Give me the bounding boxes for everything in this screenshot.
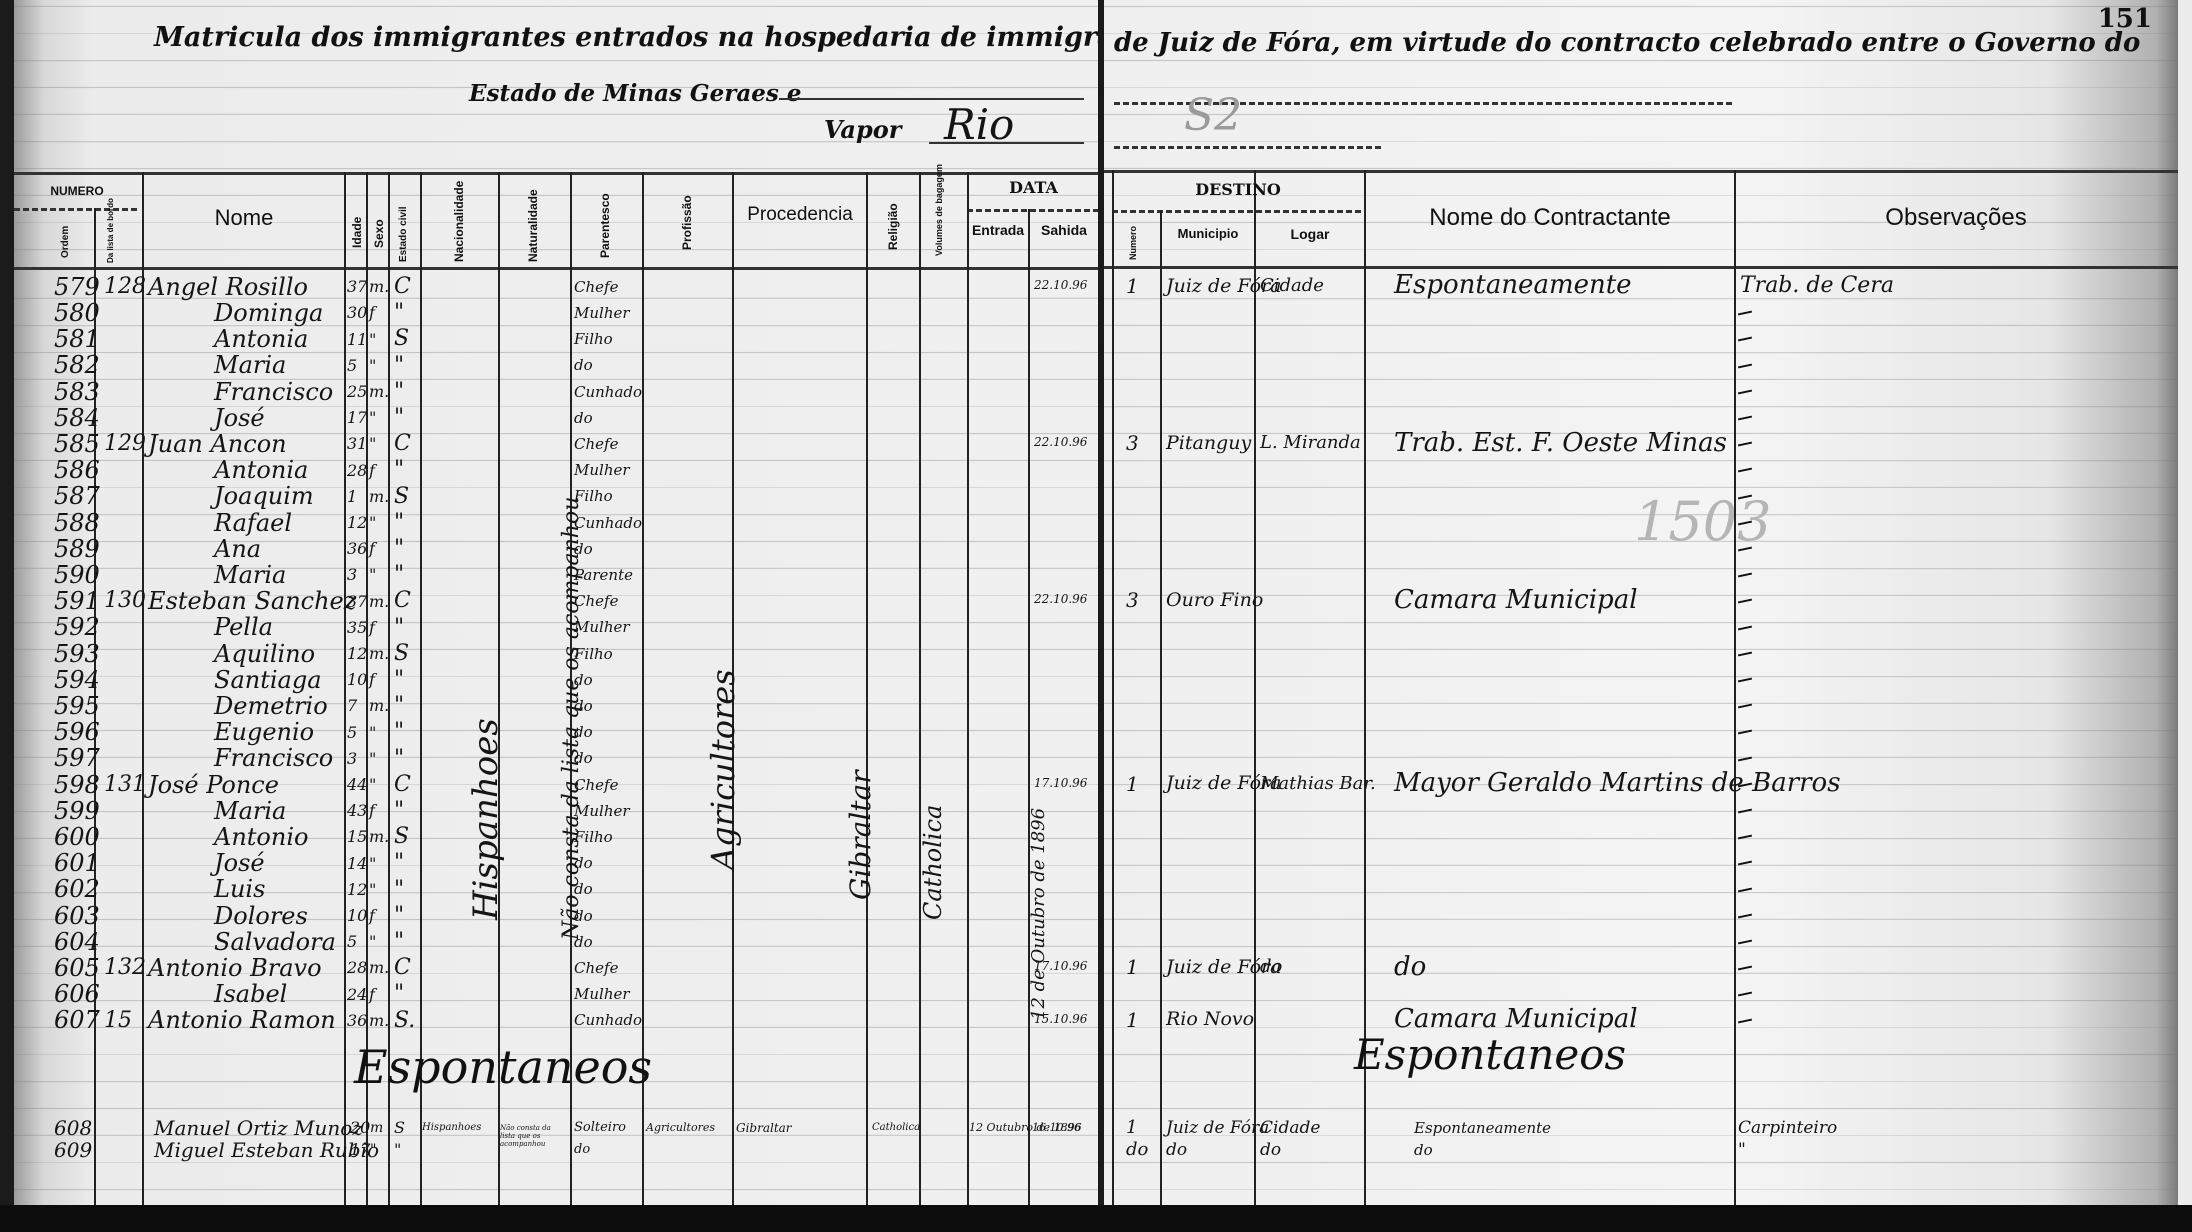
row-municipio: Ouro Fino <box>1166 589 1263 611</box>
row-idade: 25 <box>347 382 367 401</box>
row-ordem: 591 <box>54 587 100 615</box>
spontaneous-naturalidade: Não consta da lista que os acompanhou <box>500 1124 568 1148</box>
row-ordem: 603 <box>54 902 100 930</box>
header-profissao: Profissão <box>680 200 694 250</box>
row-idade: 30 <box>347 303 367 322</box>
header-religiao: Religião <box>886 200 900 250</box>
spontaneous-nacionalidade: Hispanhoes <box>422 1122 481 1133</box>
data-divider <box>967 209 1098 212</box>
row-idade: 17 <box>347 408 367 427</box>
row-nome: Dolores <box>214 902 308 930</box>
row-nome: Antonia <box>214 325 308 353</box>
row-logar: Cidade <box>1260 275 1324 296</box>
row-ordem: 581 <box>54 325 100 353</box>
header-data: DATA <box>969 178 1098 197</box>
row-idade: 37 <box>347 592 367 611</box>
col-line <box>1112 170 1114 1210</box>
row-idade: 43 <box>347 801 367 820</box>
row-nome: Joaquim <box>214 482 314 510</box>
row-estado-civil: " <box>394 300 404 325</box>
row-sexo: " <box>369 932 376 951</box>
row-estado-civil: " <box>394 536 404 561</box>
row-idade: 37 <box>347 277 367 296</box>
row-estado-civil: " <box>394 405 404 430</box>
row-idade: 24 <box>347 985 367 1004</box>
row-sexo: m. <box>369 592 389 611</box>
spontaneous-logar: Cidade <box>1260 1118 1320 1138</box>
row-ordem: 593 <box>54 640 100 668</box>
row-sexo: " <box>369 513 376 532</box>
row-idade: 36 <box>347 1011 367 1030</box>
row-ordem: 579 <box>54 273 100 301</box>
row-estado-civil: " <box>394 457 404 482</box>
row-estado-civil: " <box>394 379 404 404</box>
naturalidade-value: Não consta da lista que os acompanhou <box>559 400 584 940</box>
row-estado-civil: " <box>394 903 404 928</box>
spontaneous-observacoes: Carpinteiro <box>1738 1118 1837 1138</box>
row-ordem: 604 <box>54 928 100 956</box>
row-sahida: 22.10.96 <box>1034 592 1087 606</box>
header-logar: Logar <box>1256 226 1364 242</box>
blank-line <box>1114 146 1384 149</box>
row-sexo: m. <box>369 487 389 506</box>
row-idade: 3 <box>347 749 357 768</box>
row-lista-bordo: 131 <box>104 772 146 797</box>
row-municipio: Rio Novo <box>1166 1008 1254 1030</box>
header-top-rule <box>1104 170 2178 173</box>
row-nome: Aquilino <box>214 640 315 668</box>
row-sexo: " <box>369 565 376 584</box>
row-parentesco: Chefe <box>574 959 618 977</box>
header-contractante: Nome do Contractante <box>1366 204 1734 232</box>
row-idade: 28 <box>347 461 367 480</box>
spontaneous-nome: Manuel Ortiz Munoz <box>154 1116 363 1140</box>
row-ordem: 580 <box>54 299 100 327</box>
row-sexo: f <box>369 539 375 558</box>
col-line <box>866 172 868 1210</box>
row-idade: 28 <box>347 958 367 977</box>
row-estado-civil: " <box>394 693 404 718</box>
header-ordem: Ordem <box>60 222 71 258</box>
row-sahida: 22.10.96 <box>1034 435 1087 449</box>
row-sexo: m. <box>369 644 389 663</box>
spontaneous-nome: Miguel Esteban Rubio <box>154 1138 379 1162</box>
row-ordem: 588 <box>54 509 100 537</box>
spontaneous-profissao: Agricultores <box>646 1121 715 1134</box>
spontaneous-idade: 17 <box>350 1140 370 1159</box>
spontaneous-civil: S <box>394 1118 405 1137</box>
row-ordem: 592 <box>54 613 100 641</box>
row-nome: Antonia <box>214 456 308 484</box>
row-parentesco: Cunhado <box>574 1011 642 1029</box>
header-procedencia: Procedencia <box>734 204 866 226</box>
row-sexo: f <box>369 801 375 820</box>
header-parentesco: Parentesco <box>598 196 612 258</box>
row-ordem: 602 <box>54 875 100 903</box>
row-sexo: " <box>369 434 376 453</box>
spontaneous-numero: do <box>1126 1139 1148 1160</box>
row-ordem: 598 <box>54 771 100 799</box>
row-estado-civil: S <box>394 641 409 666</box>
header-municipio: Municipio <box>1162 226 1254 241</box>
profissao-value: Agricultores <box>704 630 742 870</box>
state-blank-line <box>779 98 1084 100</box>
header-naturalidade: Naturalidade <box>526 190 540 262</box>
entrada-value: 12 de Outubro de 1896 <box>1028 740 1049 1020</box>
row-idade: 12 <box>347 513 367 532</box>
header-destino-numero: Numero <box>1128 218 1138 260</box>
header-bottom-rule <box>14 267 1098 270</box>
row-idade: 10 <box>347 670 367 689</box>
row-destino-numero: 1 <box>1126 772 1139 796</box>
ledger-scan: Matricula dos immigrantes entrados na ho… <box>0 0 2192 1232</box>
header-sahida: Sahida <box>1030 222 1098 238</box>
row-nome: José <box>214 849 265 877</box>
row-nome: Rafael <box>214 509 292 537</box>
row-nome: Antonio <box>214 823 308 851</box>
row-parentesco: Chefe <box>574 278 618 296</box>
spontaneous-municipio: do <box>1166 1140 1187 1160</box>
col-line <box>142 172 144 1210</box>
right-page: 151 de Juiz de Fóra, em virtude do contr… <box>1104 0 2178 1210</box>
row-destino-numero: 1 <box>1126 1008 1139 1032</box>
header-observacoes: Observações <box>1736 204 2176 232</box>
spontaneous-sexo: " <box>370 1142 376 1158</box>
header-numero: NUMERO <box>14 184 140 198</box>
row-ordem: 583 <box>54 378 100 406</box>
row-contractante: Mayor Geraldo Martins de Barros <box>1394 768 1841 798</box>
row-nome: Maria <box>214 351 286 379</box>
row-sexo: " <box>369 880 376 899</box>
header-nacionalidade: Nacionalidade <box>452 190 466 262</box>
row-nome: Maria <box>214 561 286 589</box>
spontaneous-religiao: Catholica <box>872 1122 920 1133</box>
row-estado-civil: C <box>394 274 411 299</box>
destino-divider <box>1112 210 1364 213</box>
row-nome: Isabel <box>214 980 287 1008</box>
row-estado-civil: " <box>394 746 404 771</box>
row-destino-numero: 1 <box>1126 274 1139 298</box>
row-nome: Antonio Bravo <box>148 954 322 982</box>
row-estado-civil: " <box>394 562 404 587</box>
row-observacoes: Trab. de Cera <box>1740 273 1894 298</box>
row-lista-bordo: 129 <box>104 431 146 456</box>
row-idade: 36 <box>347 539 367 558</box>
row-logar: do <box>1260 956 1282 977</box>
row-ordem: 601 <box>54 849 100 877</box>
row-sexo: m. <box>369 696 389 715</box>
row-estado-civil: " <box>394 929 404 954</box>
row-ordem: 600 <box>54 823 100 851</box>
row-idade: 11 <box>347 330 367 349</box>
row-nome: Francisco <box>214 378 333 406</box>
scan-edge-shadow <box>0 0 14 1232</box>
row-idade: 15 <box>347 827 367 846</box>
row-nome: Ana <box>214 535 261 563</box>
row-logar: Mathias Bar. <box>1260 773 1376 794</box>
row-nome: Angel Rosillo <box>148 273 308 301</box>
row-estado-civil: " <box>394 510 404 535</box>
row-estado-civil: C <box>394 588 411 613</box>
row-contractante: Trab. Est. F. Oeste Minas <box>1394 428 1727 458</box>
header-sexo: Sexo <box>372 216 386 248</box>
vapor-label: Vapor <box>824 115 901 144</box>
row-estado-civil: S <box>394 484 409 509</box>
row-sexo: f <box>369 618 375 637</box>
row-estado-civil: " <box>394 798 404 823</box>
spontaneous-idade: 20 <box>350 1118 370 1137</box>
row-lista-bordo: 128 <box>104 274 146 299</box>
row-nome: Juan Ancon <box>148 430 287 458</box>
row-sexo: m. <box>369 958 389 977</box>
row-nome: Demetrio <box>214 692 328 720</box>
row-sexo: f <box>369 985 375 1004</box>
row-idade: 5 <box>347 723 357 742</box>
row-idade: 12 <box>347 644 367 663</box>
row-sexo: " <box>369 854 376 873</box>
row-nome: Salvadora <box>214 928 336 956</box>
row-nome: Pella <box>214 613 273 641</box>
section-espontaneos-left: Espontaneos <box>354 1040 652 1094</box>
row-ordem: 586 <box>54 456 100 484</box>
spontaneous-contractante: do <box>1414 1141 1433 1159</box>
header-volumes: Volumes de bagagem <box>934 194 944 256</box>
header-idade: Idade <box>350 216 364 248</box>
row-estado-civil: C <box>394 431 411 456</box>
row-estado-civil: " <box>394 850 404 875</box>
spontaneous-parentesco: do <box>574 1142 590 1157</box>
col-line <box>344 172 346 1210</box>
header-bottom-rule <box>1104 266 2178 269</box>
state-line: Estado de Minas Geraes e <box>469 80 801 107</box>
row-idade: 5 <box>347 356 357 375</box>
row-sexo: f <box>369 670 375 689</box>
row-ordem: 595 <box>54 692 100 720</box>
col-line <box>967 172 969 1210</box>
row-ordem: 605 <box>54 954 100 982</box>
spontaneous-parentesco: Solteiro <box>574 1120 626 1135</box>
row-ordem: 594 <box>54 666 100 694</box>
row-estado-civil: " <box>394 667 404 692</box>
row-parentesco: Mulher <box>574 985 630 1003</box>
row-ordem: 587 <box>54 482 100 510</box>
row-sexo: " <box>369 775 376 794</box>
row-idade: 7 <box>347 696 357 715</box>
row-parentesco: Cunhado <box>574 514 642 532</box>
row-sahida: 22.10.96 <box>1034 278 1087 292</box>
row-contractante: do <box>1394 952 1426 982</box>
procedencia-value: Gibraltar <box>844 700 877 900</box>
row-idade: 1 <box>347 487 357 506</box>
row-estado-civil: " <box>394 981 404 1006</box>
header-entrada: Entrada <box>969 222 1027 238</box>
row-sexo: f <box>369 906 375 925</box>
row-nome: Santiaga <box>214 666 322 694</box>
row-sexo: " <box>369 356 376 375</box>
row-estado-civil: C <box>394 772 411 797</box>
row-nome: Luis <box>214 875 265 903</box>
row-parentesco: Filho <box>574 330 613 348</box>
row-nome: Antonio Ramon <box>148 1006 336 1034</box>
spontaneous-civil: " <box>394 1140 401 1159</box>
row-estado-civil: S. <box>394 1008 415 1033</box>
row-sexo: f <box>369 303 375 322</box>
spontaneous-contractante: Espontaneamente <box>1414 1119 1551 1137</box>
spontaneous-sexo: m <box>370 1120 383 1136</box>
row-ordem: 607 <box>54 1006 100 1034</box>
row-estado-civil: " <box>394 877 404 902</box>
col-line <box>1734 170 1736 1210</box>
row-sexo: " <box>369 330 376 349</box>
spontaneous-procedencia: Gibraltar <box>736 1121 792 1135</box>
row-idade: 10 <box>347 906 367 925</box>
row-idade: 31 <box>347 434 367 453</box>
spontaneous-municipio: Juiz de Fóra <box>1166 1118 1269 1138</box>
row-nome: José <box>214 404 265 432</box>
row-nome: José Ponce <box>148 771 279 799</box>
row-idade: 3 <box>347 565 357 584</box>
row-idade: 12 <box>347 880 367 899</box>
col-line <box>1160 210 1162 1210</box>
nacionalidade-value: Hispanhoes <box>466 660 506 920</box>
row-ordem: 599 <box>54 797 100 825</box>
register-title-right: de Juiz de Fóra, em virtude do contracto… <box>1114 28 2140 58</box>
row-lista-bordo: 15 <box>104 1008 132 1033</box>
header-lista-bordo: Da lista de bordo <box>106 215 115 263</box>
spontaneous-numero: 1 <box>1126 1117 1137 1138</box>
numero-divider <box>14 208 140 211</box>
row-nome: Maria <box>214 797 286 825</box>
spontaneous-observacoes: " <box>1738 1140 1746 1160</box>
row-nome: Eugenio <box>214 718 314 746</box>
row-sexo: m. <box>369 277 389 296</box>
row-sexo: m. <box>369 1011 389 1030</box>
row-estado-civil: S <box>394 326 409 351</box>
row-destino-numero: 3 <box>1126 588 1139 612</box>
row-estado-civil: " <box>394 615 404 640</box>
row-ordem: 596 <box>54 718 100 746</box>
row-parentesco: Cunhado <box>574 383 642 401</box>
row-ordem: 582 <box>54 351 100 379</box>
register-title-left: Matricula dos immigrantes entrados na ho… <box>154 22 1098 53</box>
row-idade: 14 <box>347 854 367 873</box>
row-parentesco: do <box>574 356 593 374</box>
col-line <box>919 172 921 1210</box>
left-page: Matricula dos immigrantes entrados na ho… <box>14 0 1098 1210</box>
row-nome: Dominga <box>214 299 323 327</box>
row-nome: Francisco <box>214 744 333 772</box>
row-estado-civil: " <box>394 719 404 744</box>
row-ordem: 589 <box>54 535 100 563</box>
row-contractante: Espontaneamente <box>1394 270 1632 300</box>
row-estado-civil: " <box>394 353 404 378</box>
row-logar: L. Miranda <box>1260 432 1361 453</box>
row-nome: Esteban Sanchez <box>148 587 356 615</box>
row-estado-civil: C <box>394 955 411 980</box>
header-estado-civil: Estado civil <box>398 212 409 262</box>
row-idade: 44 <box>347 775 367 794</box>
spontaneous-logar: do <box>1260 1140 1281 1160</box>
row-contractante: Camara Municipal <box>1394 585 1638 615</box>
row-destino-numero: 1 <box>1126 955 1139 979</box>
spontaneous-ordem: 608 <box>54 1116 92 1140</box>
row-sexo: " <box>369 723 376 742</box>
religiao-value: Catholica <box>919 750 947 920</box>
row-sexo: " <box>369 749 376 768</box>
row-ordem: 606 <box>54 980 100 1008</box>
row-municipio: Pitanguy <box>1166 432 1251 454</box>
spontaneous-sahida: 16.10.96 <box>1032 1121 1081 1134</box>
header-nome: Nome <box>144 205 344 231</box>
row-idade: 5 <box>347 932 357 951</box>
row-lista-bordo: 130 <box>104 588 146 613</box>
spontaneous-ordem: 609 <box>54 1138 92 1162</box>
row-sexo: m. <box>369 827 389 846</box>
row-ordem: 585 <box>54 430 100 458</box>
row-parentesco: Mulher <box>574 304 630 322</box>
row-sexo: m. <box>369 382 389 401</box>
row-sexo: f <box>369 461 375 480</box>
vapor-blank-line <box>929 142 1084 144</box>
pencil-mark: S2 <box>1184 90 1242 141</box>
row-ordem: 584 <box>54 404 100 432</box>
row-ordem: 590 <box>54 561 100 589</box>
scan-bottom-edge <box>0 1205 2192 1232</box>
col-line <box>1254 170 1256 1210</box>
row-ordem: 597 <box>54 744 100 772</box>
col-line <box>1028 209 1030 1210</box>
row-idade: 35 <box>347 618 367 637</box>
row-estado-civil: S <box>394 824 409 849</box>
row-destino-numero: 3 <box>1126 431 1139 455</box>
row-sexo: " <box>369 408 376 427</box>
row-lista-bordo: 132 <box>104 955 146 980</box>
header-destino: DESTINO <box>1112 180 1364 199</box>
section-espontaneos-right: Espontaneos <box>1354 1030 1626 1079</box>
